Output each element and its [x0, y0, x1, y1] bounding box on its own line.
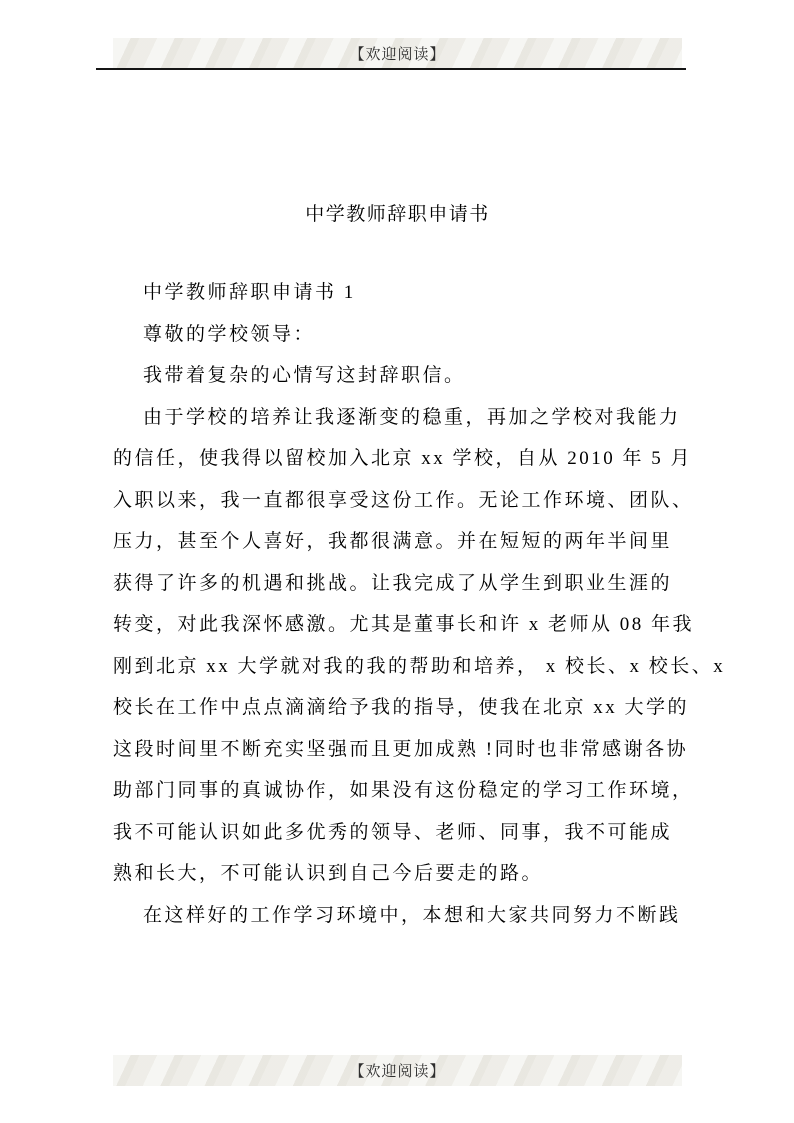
text-line: 的信任，使我得以留校加入北京 xx 学校，自从 2010 年 5 月 [113, 438, 698, 480]
header-banner-text: 【欢迎阅读】 [349, 43, 445, 64]
text-line: 转变，对此我深怀感激。尤其是董事长和许 x 老师从 08 年我 [113, 604, 698, 646]
text-line: 在这样好的工作学习环境中，本想和大家共同努力不断践 [113, 895, 698, 937]
document-page: 【欢迎阅读】 中学教师辞职申请书 中学教师辞职申请书 1 尊敬的学校领导： 我带… [0, 0, 794, 1123]
text-line: 获得了许多的机遇和挑战。让我完成了从学生到职业生涯的 [113, 563, 698, 605]
text-line: 入职以来，我一直都很享受这份工作。无论工作环境、团队、 [113, 480, 698, 522]
text-line: 压力，甚至个人喜好，我都很满意。并在短短的两年半间里 [113, 521, 698, 563]
footer-banner-text: 【欢迎阅读】 [349, 1060, 445, 1081]
text-line: 我带着复杂的心情写这封辞职信。 [113, 355, 698, 397]
text-line: 这段时间里不断充实坚强而且更加成熟 !同时也非常感谢各协 [113, 729, 698, 771]
document-title: 中学教师辞职申请书 [113, 200, 682, 230]
text-line: 熟和长大，不可能认识到自己今后要走的路。 [113, 853, 698, 895]
header-banner: 【欢迎阅读】 [113, 38, 682, 68]
text-line: 校长在工作中点点滴滴给予我的指导，使我在北京 xx 大学的 [113, 687, 698, 729]
footer-banner: 【欢迎阅读】 [113, 1055, 682, 1086]
text-line: 助部门同事的真诚协作，如果没有这份稳定的学习工作环境， [113, 770, 698, 812]
document-body: 中学教师辞职申请书 1 尊敬的学校领导： 我带着复杂的心情写这封辞职信。 由于学… [113, 272, 698, 936]
text-line: 我不可能认识如此多优秀的领导、老师、同事，我不可能成 [113, 812, 698, 854]
text-line: 尊敬的学校领导： [113, 314, 698, 356]
header-rule [96, 68, 686, 70]
text-line: 中学教师辞职申请书 1 [113, 272, 698, 314]
text-line: 刚到北京 xx 大学就对我的我的帮助和培养， x 校长、x 校长、x [113, 646, 698, 688]
text-line: 由于学校的培养让我逐渐变的稳重，再加之学校对我能力 [113, 397, 698, 439]
